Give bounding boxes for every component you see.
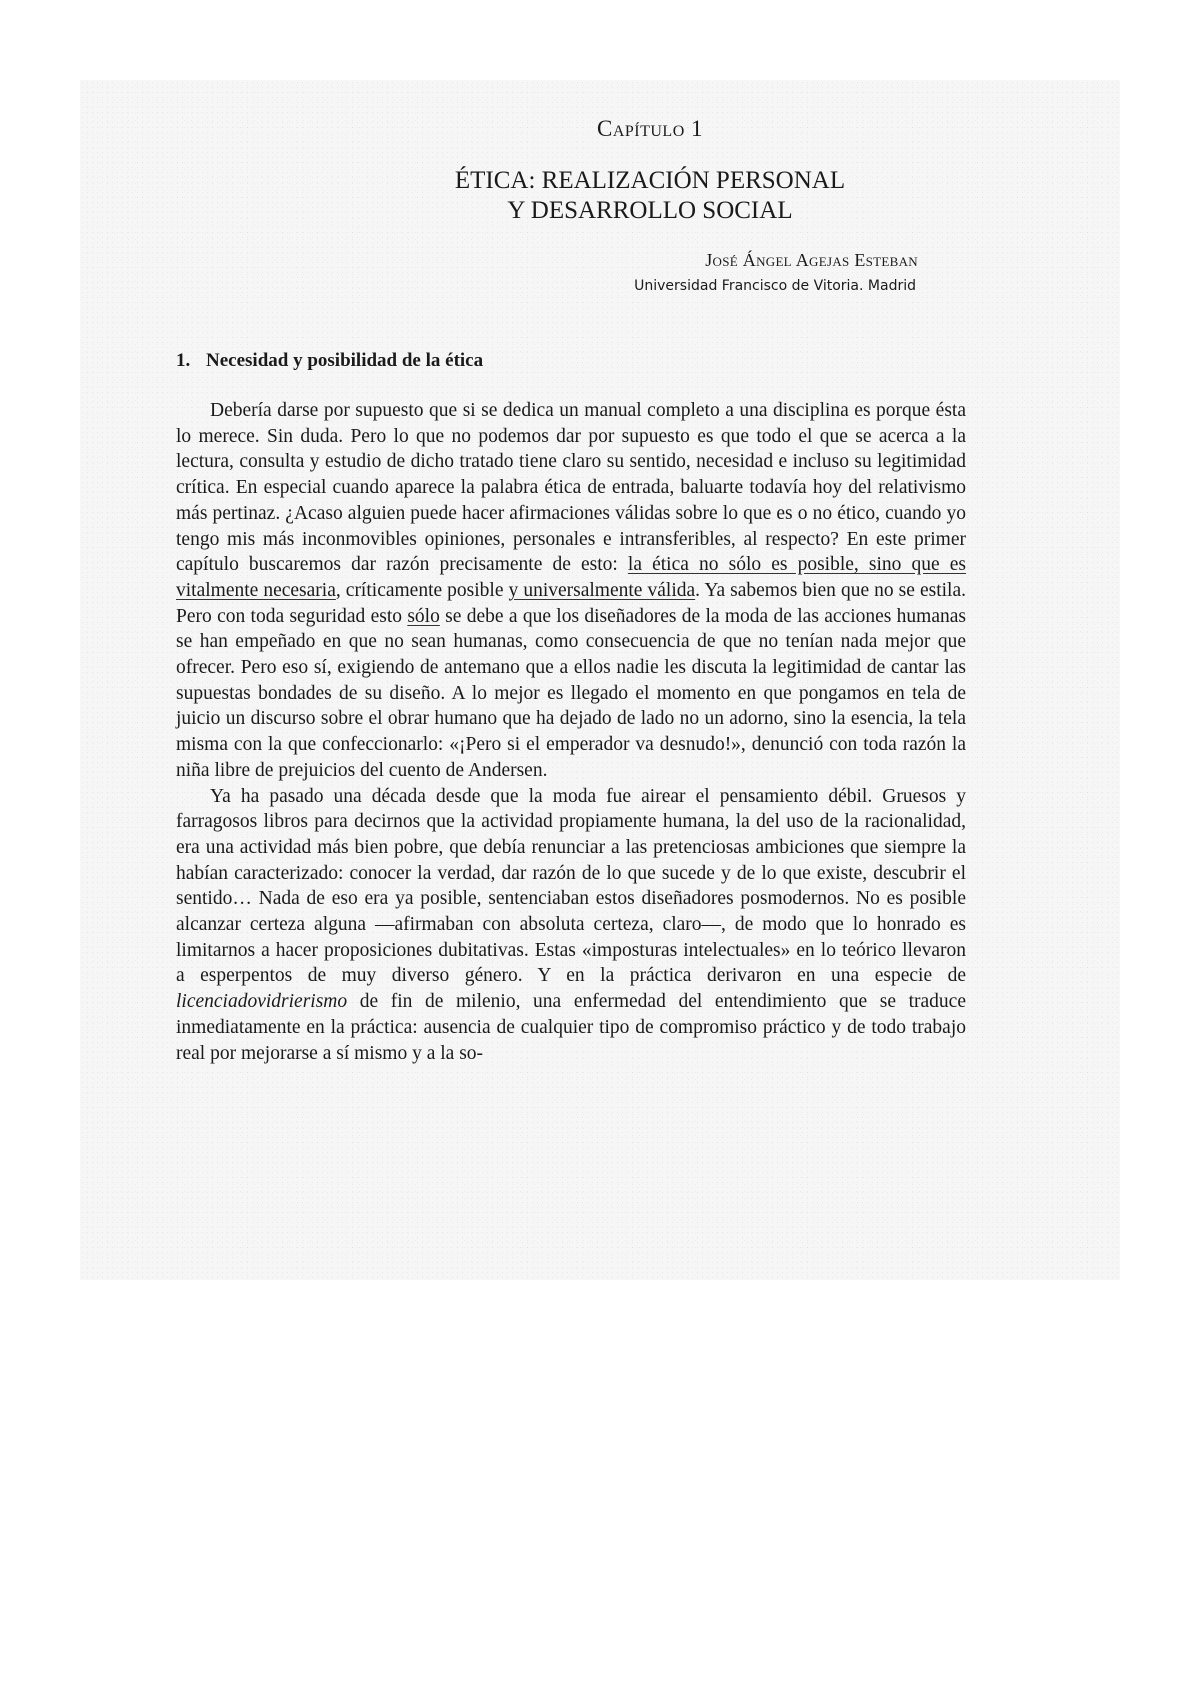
paragraph-1-text-a: Debería darse por supuesto que si se ded…: [176, 400, 966, 575]
chapter-title-line-2: Y DESARROLLO SOCIAL: [100, 196, 1200, 226]
section-number: 1.: [176, 350, 206, 372]
paragraph-1-text-d: se debe a que los diseñadores de la moda…: [176, 606, 966, 781]
chapter-title: ÉTICA: REALIZACIÓN PERSONAL Y DESARROLLO…: [0, 166, 1200, 226]
italic-term: licenciadovidrierismo: [176, 991, 347, 1012]
underlined-passage-3: sólo: [407, 606, 440, 627]
body-text: Debería darse por supuesto que si se ded…: [176, 398, 966, 1066]
chapter-label: Capítulo 1: [0, 116, 1200, 142]
author-affiliation: Universidad Francisco de Vitoria. Madrid: [634, 278, 916, 294]
chapter-title-line-1: ÉTICA: REALIZACIÓN PERSONAL: [100, 166, 1200, 196]
section-heading: 1.Necesidad y posibilidad de la ética: [176, 350, 483, 372]
paragraph-1-text-b: , críticamente posible: [336, 580, 509, 601]
paragraph-2: Ya ha pasado una década desde que la mod…: [176, 784, 966, 1067]
paragraph-1: Debería darse por supuesto que si se ded…: [176, 398, 966, 784]
author-name: José Ángel Agejas Esteban: [705, 250, 918, 271]
paragraph-2-text-a: Ya ha pasado una década desde que la mod…: [176, 786, 966, 987]
section-title: Necesidad y posibilidad de la ética: [206, 350, 483, 371]
underlined-passage-2: y universalmente válida: [509, 580, 696, 601]
